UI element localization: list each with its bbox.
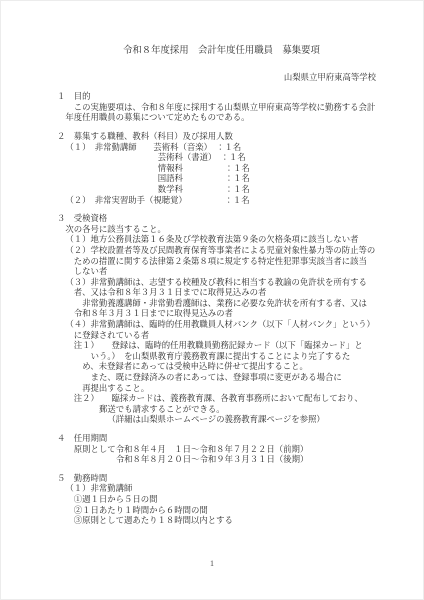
note-1-line: また、既に登録済みの者にあっては、登録事項に変更がある場合に bbox=[57, 373, 386, 384]
section-term-line: 原則として令和８年４月 １日～令和８年７月２２日（前期） bbox=[57, 445, 386, 456]
section-term-line: 令和８年８月２０日～令和９年３月３１日（後期） bbox=[57, 455, 386, 466]
note-2-line: 郵送でも請求することができる。 bbox=[57, 405, 386, 416]
section-recruit-line: （２） 非常実習助手（視聴覚） ：１名 bbox=[57, 196, 386, 207]
section-gap bbox=[57, 466, 386, 474]
section-hours-line: ③原則として週あたり１８時間以内とする bbox=[57, 516, 386, 527]
section-purpose-line: この実施要項は、令和８年度に採用する山梨県立甲府東高等学校に勤務する会計 bbox=[57, 103, 386, 114]
section-recruit-heading: ２ 募集する職種、教科（科目）及び採用人数 bbox=[57, 132, 386, 143]
note-2-line: 注２） 臨採カードは、義務教育課、各教育事務所において配布しており、 bbox=[57, 394, 386, 405]
section-recruit-line: 数学科 ：１名 bbox=[57, 185, 386, 196]
document-page: 令和８年度採用 会計年度任用職員 募集要項 山梨県立甲府東高等学校 １ 目的 こ… bbox=[0, 0, 424, 600]
section-eligibility-line: （３）非常勤講師は、志望する校種及び教科に相当する教諭の免許状を所有する bbox=[57, 278, 386, 289]
section-hours-heading: ５ 勤務時間 bbox=[57, 474, 386, 485]
section-eligibility-line: 非常勤養護講師・非常勤看護師は、業務に必要な免許状を所有する者、又は bbox=[57, 299, 386, 310]
note-1-line: 再提出すること。 bbox=[57, 384, 386, 395]
section-hours-line: （１）非常勤講師 bbox=[57, 484, 386, 495]
section-eligibility-line: （２）学校設置者等及び民間教育保育等事業者による児童対象性暴力等の防止等の bbox=[57, 246, 386, 257]
section-eligibility-line: 次の各号に該当すること。 bbox=[57, 225, 386, 236]
page-number: 1 bbox=[0, 559, 424, 570]
section-purpose-line: 年度任用職員の募集について定めたものである。 bbox=[57, 113, 386, 124]
section-recruit-line: 情報科 ：１名 bbox=[57, 164, 386, 175]
section-eligibility-line: 令和８年３月３１日までに取得見込みの者 bbox=[57, 309, 386, 320]
note-1-line: いう。） を山梨県教育庁義務教育課に提出することにより完了するた bbox=[57, 352, 386, 363]
section-eligibility-line: （１）地方公務員法第１６条及び学校教育法第９条の欠格条項に該当しない者 bbox=[57, 235, 386, 246]
note-1-line: 注１） 登録は、臨時的任用教職員勤務記録カード（以下「臨採カード」と bbox=[57, 341, 386, 352]
document-title: 令和８年度採用 会計年度任用職員 募集要項 bbox=[57, 46, 386, 57]
section-gap bbox=[57, 206, 386, 214]
section-gap bbox=[57, 426, 386, 434]
note-2-line: （詳細は山梨県ホームページの義務教育課ページを参照） bbox=[57, 415, 386, 426]
section-eligibility-heading: ３ 受検資格 bbox=[57, 214, 386, 225]
section-eligibility-line: 者、又は令和８年３月３１日までに取得見込みの者 bbox=[57, 288, 386, 299]
section-eligibility-line: に登録されている者 bbox=[57, 331, 386, 342]
section-gap bbox=[57, 124, 386, 132]
section-hours-line: ①週１日から５日の間 bbox=[57, 495, 386, 506]
section-hours-line: ②１日あたり１時間から６時間の間 bbox=[57, 506, 386, 517]
section-eligibility-line: （４）非常勤講師は、臨時的任用教職員人材バンク（以下「人材バンク」という） bbox=[57, 320, 386, 331]
section-recruit-line: 芸術科（書道） ：１名 bbox=[57, 153, 386, 164]
section-recruit-line: 国語科 ：１名 bbox=[57, 174, 386, 185]
section-purpose-heading: １ 目的 bbox=[57, 92, 386, 103]
section-term-heading: ４ 任用期間 bbox=[57, 434, 386, 445]
note-1-line: め、未登録者にあっては受検申込時に併せて提出すること。 bbox=[57, 362, 386, 373]
section-eligibility-line: しない者 bbox=[57, 267, 386, 278]
section-recruit-line: （１） 非常勤講師 芸術科（音楽） ：１名 bbox=[57, 143, 386, 154]
school-name: 山梨県立甲府東高等学校 bbox=[57, 73, 386, 84]
section-eligibility-line: ための措置に関する法律第２条第８項に規定する特定性犯罪事実該当者に該当 bbox=[57, 257, 386, 268]
